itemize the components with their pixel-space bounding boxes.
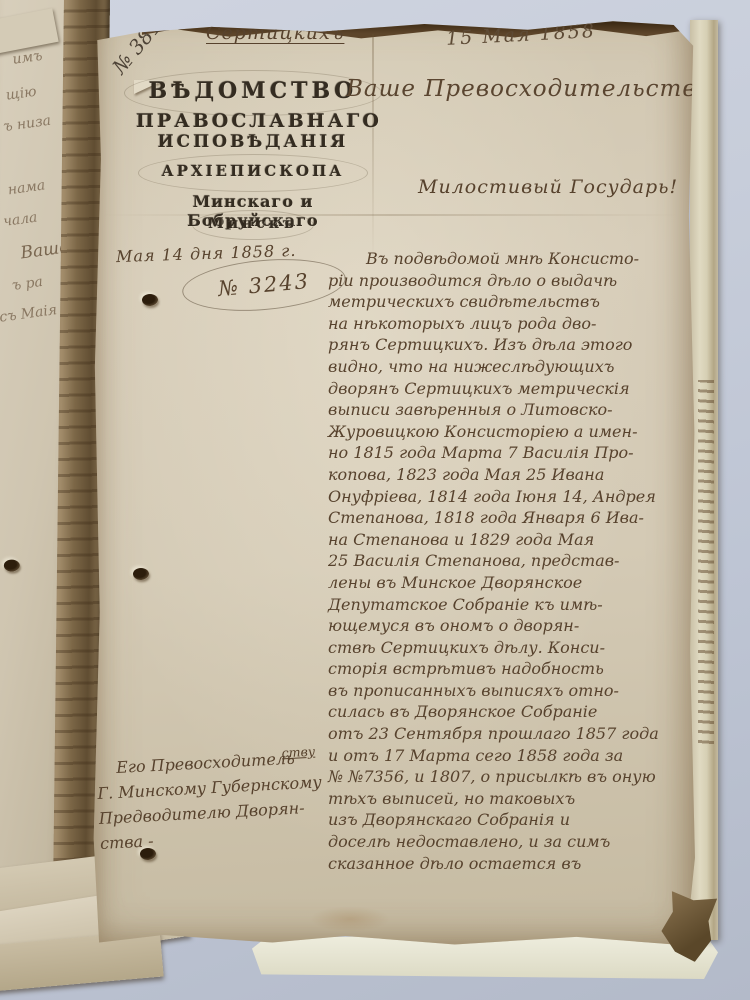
- paper-hole: [133, 568, 149, 580]
- letterhead-line: ВѢДОМСТВО: [136, 78, 370, 104]
- outgoing-number: № 3243: [217, 269, 311, 301]
- body-line: рянъ Сертицкихъ. Изъ дѣла этого: [328, 334, 706, 356]
- right-page-edges: [690, 20, 718, 940]
- body-line: на нѣкоторыхъ лицъ рода дво-: [328, 313, 706, 335]
- left-page-text-fragment: нама: [7, 177, 46, 198]
- body-line: дворянъ Сертицкихъ метрическія: [328, 378, 706, 400]
- archival-document-photo: имъ щію ъ низа нама чала Ваше ъ ра съ Ма…: [0, 0, 750, 1000]
- paper-hole: [4, 559, 20, 571]
- inserted-word: ству: [281, 739, 316, 766]
- left-page-text-fragment: имъ: [12, 48, 44, 68]
- left-page-text-fragment: ъ низа: [2, 113, 52, 135]
- body-line: Онуфріева, 1814 года Іюня 14, Андрея: [328, 486, 706, 508]
- body-line: отъ 23 Сентября прошлаго 1857 года: [328, 723, 706, 745]
- addressee-note: Его Превосходитель ству Г. Минскому Губе…: [96, 744, 331, 856]
- body-line: Журовицкою Консисторіею а имен-: [328, 421, 706, 443]
- body-line: въ прописанныхъ выписяхъ отно-: [328, 680, 706, 702]
- paper-crease: [372, 34, 374, 264]
- body-line: Депутатское Собраніе къ имѣ-: [328, 594, 706, 616]
- body-line: сторія встрѣтивъ надобность: [328, 658, 706, 680]
- case-surname-label: Сертицкихъ: [206, 22, 344, 44]
- received-date: 15 Мая 1858: [446, 20, 597, 50]
- body-line: копова, 1823 года Мая 25 Ивана: [328, 464, 706, 486]
- left-page-text-fragment: ъ ра: [11, 274, 44, 294]
- salutation: Ваше Превосходительство: [346, 76, 712, 102]
- left-page-text-fragment: щію: [5, 84, 38, 104]
- body-line: лены въ Минское Дворянское: [328, 572, 706, 594]
- page-edge-flecks: [698, 380, 714, 750]
- body-line: Въ подвѣдомой мнѣ Консисто-: [328, 248, 706, 270]
- body-line: ріи производится дѣло о выдачѣ: [328, 270, 706, 292]
- letterhead-line: АРХІЕПИСКОПА: [136, 162, 370, 180]
- body-line: и отъ 17 Марта сего 1858 года за: [328, 745, 706, 767]
- left-page-text-fragment: чала: [2, 209, 38, 230]
- left-page-text-fragment: съ Маія: [0, 302, 58, 326]
- body-line: сказанное дѣло остается въ: [328, 853, 706, 875]
- letterhead-line: Минскъ: [136, 216, 370, 232]
- paper-hole: [142, 294, 158, 306]
- greeting: Милостивый Государь!: [418, 176, 678, 198]
- body-line: изъ Дворянскаго Собранія и: [328, 809, 706, 831]
- body-line: доселѣ недоставлено, и за симъ: [328, 831, 706, 853]
- letterhead-line: ИСПОВѢДАНІЯ: [136, 132, 370, 152]
- body-line: 25 Василія Степанова, представ-: [328, 550, 706, 572]
- body-line: № №7356, и 1807, о присылкѣ въ оную: [328, 766, 706, 788]
- registration-number: № 381.: [107, 10, 170, 79]
- letterhead-line: ПРАВОСЛАВНАГО: [136, 110, 370, 132]
- paper-stain: [310, 906, 390, 932]
- body-line: тѣхъ выписей, но таковыхъ: [328, 788, 706, 810]
- body-line: на Степанова и 1829 года Мая: [328, 529, 706, 551]
- body-line: метрическихъ свидѣтельствъ: [328, 291, 706, 313]
- body-line: выписи завѣренныя о Литовско-: [328, 399, 706, 421]
- letter-page: № 381. Сертицкихъ 15 Мая 1858 ВѢДОМСТВО …: [90, 8, 698, 952]
- body-line: силась въ Дворянское Собраніе: [328, 701, 706, 723]
- body-line: Степанова, 1818 года Января 6 Ива-: [328, 507, 706, 529]
- letter-body: Въ подвѣдомой мнѣ Консисто- ріи производ…: [328, 248, 706, 874]
- body-line: ствѣ Сертицкихъ дѣлу. Конси-: [328, 637, 706, 659]
- body-line: видно, что на нижеслѣдующихъ: [328, 356, 706, 378]
- body-line: ющемуся въ ономъ о дворян-: [328, 615, 706, 637]
- body-line: но 1815 года Марта 7 Василія Про-: [328, 442, 706, 464]
